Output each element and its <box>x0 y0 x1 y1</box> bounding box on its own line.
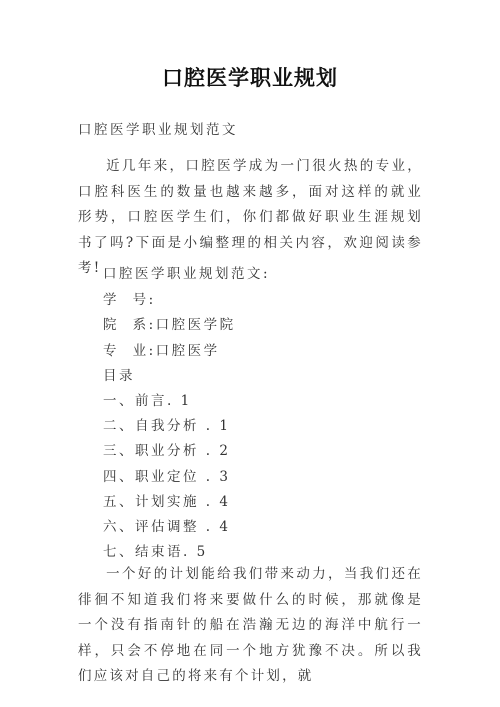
toc-heading: 目录 <box>103 364 135 384</box>
toc-page: . 5 <box>183 544 208 560</box>
sample-heading: 口腔医学职业规划范文: <box>103 262 270 282</box>
toc-item: 三、职业分析 . 2 <box>103 439 230 459</box>
toc-number: 四、 <box>103 469 135 485</box>
toc-title: 职业定位 <box>135 469 199 485</box>
document-subtitle: 口腔医学职业规划范文 <box>78 118 238 138</box>
toc-number: 六、 <box>103 519 135 535</box>
toc-page: . 4 <box>199 519 230 535</box>
document-title: 口腔医学职业规划 <box>0 62 500 92</box>
toc-page: . 3 <box>199 469 230 485</box>
toc-page: . 4 <box>199 494 230 510</box>
toc-number: 三、 <box>103 443 135 459</box>
intro-paragraph-text: 近几年来，口腔医学成为一门很火热的专业，口腔科医生的数量也越来越多，面对这样的就… <box>78 158 423 276</box>
toc-item: 六、评估调整 . 4 <box>103 515 230 535</box>
toc-page: . 1 <box>199 418 230 434</box>
toc-item: 二、自我分析 . 1 <box>103 414 230 434</box>
toc-title: 结束语 <box>135 544 183 560</box>
toc-number: 五、 <box>103 494 135 510</box>
toc-number: 二、 <box>103 418 135 434</box>
field-label: 专 业: <box>103 343 156 359</box>
toc-item: 五、计划实施 . 4 <box>103 490 230 510</box>
field-major: 专 业:口腔医学 <box>103 339 220 359</box>
toc-title: 计划实施 <box>135 494 199 510</box>
toc-page: . 2 <box>199 443 230 459</box>
body-paragraph: 一个好的计划能给我们带来动力，当我们还在徘徊不知道我们将来要做什么的时候，那就像… <box>78 562 423 690</box>
field-value: 口腔医学院 <box>156 317 236 333</box>
field-student-id: 学 号: <box>103 288 156 308</box>
field-label: 院 系: <box>103 317 156 333</box>
toc-title: 评估调整 <box>135 519 199 535</box>
toc-title: 前言 <box>135 393 167 409</box>
toc-title: 职业分析 <box>135 443 199 459</box>
field-label: 学 号: <box>103 292 156 308</box>
toc-number: 七、 <box>103 544 135 560</box>
toc-item: 一、前言. 1 <box>103 389 192 409</box>
toc-number: 一、 <box>103 393 135 409</box>
toc-title: 自我分析 <box>135 418 199 434</box>
field-value: 口腔医学 <box>156 343 220 359</box>
field-department: 院 系:口腔医学院 <box>103 313 236 333</box>
toc-item: 七、结束语. 5 <box>103 540 208 560</box>
body-paragraph-text: 一个好的计划能给我们带来动力，当我们还在徘徊不知道我们将来要做什么的时候，那就像… <box>78 566 423 684</box>
toc-item: 四、职业定位 . 3 <box>103 465 230 485</box>
toc-page: . 1 <box>167 393 192 409</box>
